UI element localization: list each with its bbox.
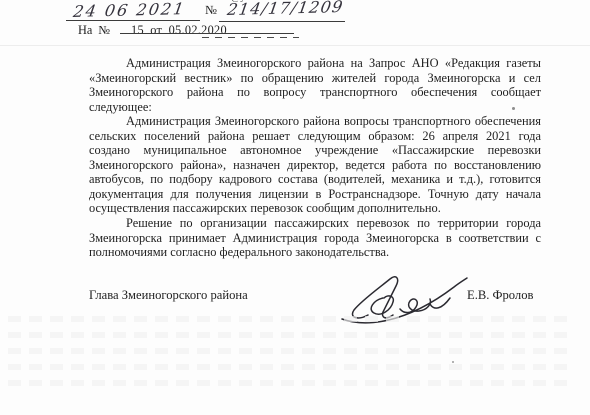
paragraph: Администрация Змеиногорского района вопр… [89, 114, 541, 216]
text-line: создано муниципальное автономное учрежде… [89, 143, 541, 158]
text-line: «Змеиногорский вестник» по обращению жит… [89, 71, 541, 86]
reply-reference-label: На № [78, 23, 110, 38]
bleed-through-row [8, 380, 574, 386]
text-line: сельских поселений района решает следующ… [89, 129, 541, 144]
reply-underline [120, 33, 294, 34]
outgoing-number-handwritten: 214/17/1209 [226, 0, 345, 19]
date-underline [66, 20, 200, 21]
scan-speck [512, 107, 515, 110]
scanned-letter-page: e-mail: admzmein@yandex.ru 24 06 2021 № … [0, 0, 590, 415]
reply-underline-dashed [202, 37, 299, 38]
text-line: следующее: [89, 100, 541, 115]
text-line: Змеиногорского района по вопросу транспо… [89, 85, 541, 100]
bleed-through-row [8, 348, 574, 354]
body-text: Администрация Змеиногорского района на З… [89, 56, 541, 260]
text-line: Решение по организации пассажирских пере… [89, 216, 541, 231]
text-line: автобусов, по подбору кадрового состава … [89, 172, 541, 187]
text-line: Змеиногорского района», назначен директо… [89, 158, 541, 173]
number-sign: № [205, 3, 217, 18]
scan-speck [452, 361, 454, 363]
bleed-through-row [8, 316, 574, 322]
text-line: Администрация Змеиногорского района на З… [89, 56, 541, 71]
signer-position-title: Глава Змеиногорского района [89, 288, 248, 303]
bleed-through-row [8, 364, 574, 370]
text-line: осуществления пассажирских перевозок соо… [89, 201, 541, 216]
signer-name: Е.В. Фролов [467, 288, 533, 303]
bleed-through-row [8, 332, 574, 338]
number-underline [219, 21, 345, 22]
paragraph: Администрация Змеиногорского района на З… [89, 56, 541, 114]
text-line: документация для получения лицензии в Ро… [89, 187, 541, 202]
reply-reference-value: 15 от 05.02.2020 [131, 23, 227, 38]
text-line: полномочиями согласно федерального закон… [89, 245, 541, 260]
outgoing-date-handwritten: 24 06 2021 [72, 0, 187, 21]
text-line: Змеиногорска принимает Администрация гор… [89, 231, 541, 246]
text-line: Администрация Змеиногорского района вопр… [89, 114, 541, 129]
scan-artifact-line [0, 45, 590, 46]
paragraph: Решение по организации пассажирских пере… [89, 216, 541, 260]
